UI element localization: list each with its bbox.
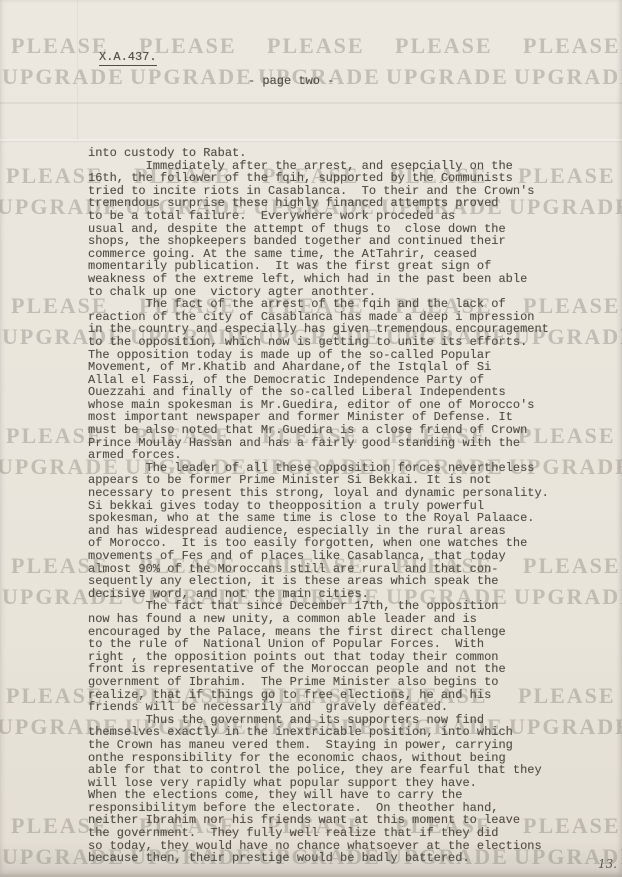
page-number: 13. (598, 857, 617, 871)
watermark-word: PLEASE (523, 33, 621, 59)
scanned-document-page: PLEASEUPGRADEPLEASEUPGRADEPLEASEUPGRADEP… (0, 0, 622, 877)
paper-crease (77, 0, 78, 140)
watermark-word: PLEASE (267, 33, 365, 59)
watermark-word: UPGRADE (386, 64, 509, 90)
watermark-word: PLEASE (11, 33, 109, 59)
watermark-word: UPGRADE (2, 64, 125, 90)
watermark-word: PLEASE (395, 33, 493, 59)
paper-crease (0, 139, 622, 141)
watermark-word: UPGRADE (130, 64, 253, 90)
watermark-word: UPGRADE (514, 64, 622, 90)
page-label: - page two - (248, 74, 334, 88)
paper-crease (0, 102, 622, 104)
reference-number: X.A.437. (99, 50, 157, 66)
document-body: into custody to Rabat. Immediately after… (88, 147, 578, 865)
